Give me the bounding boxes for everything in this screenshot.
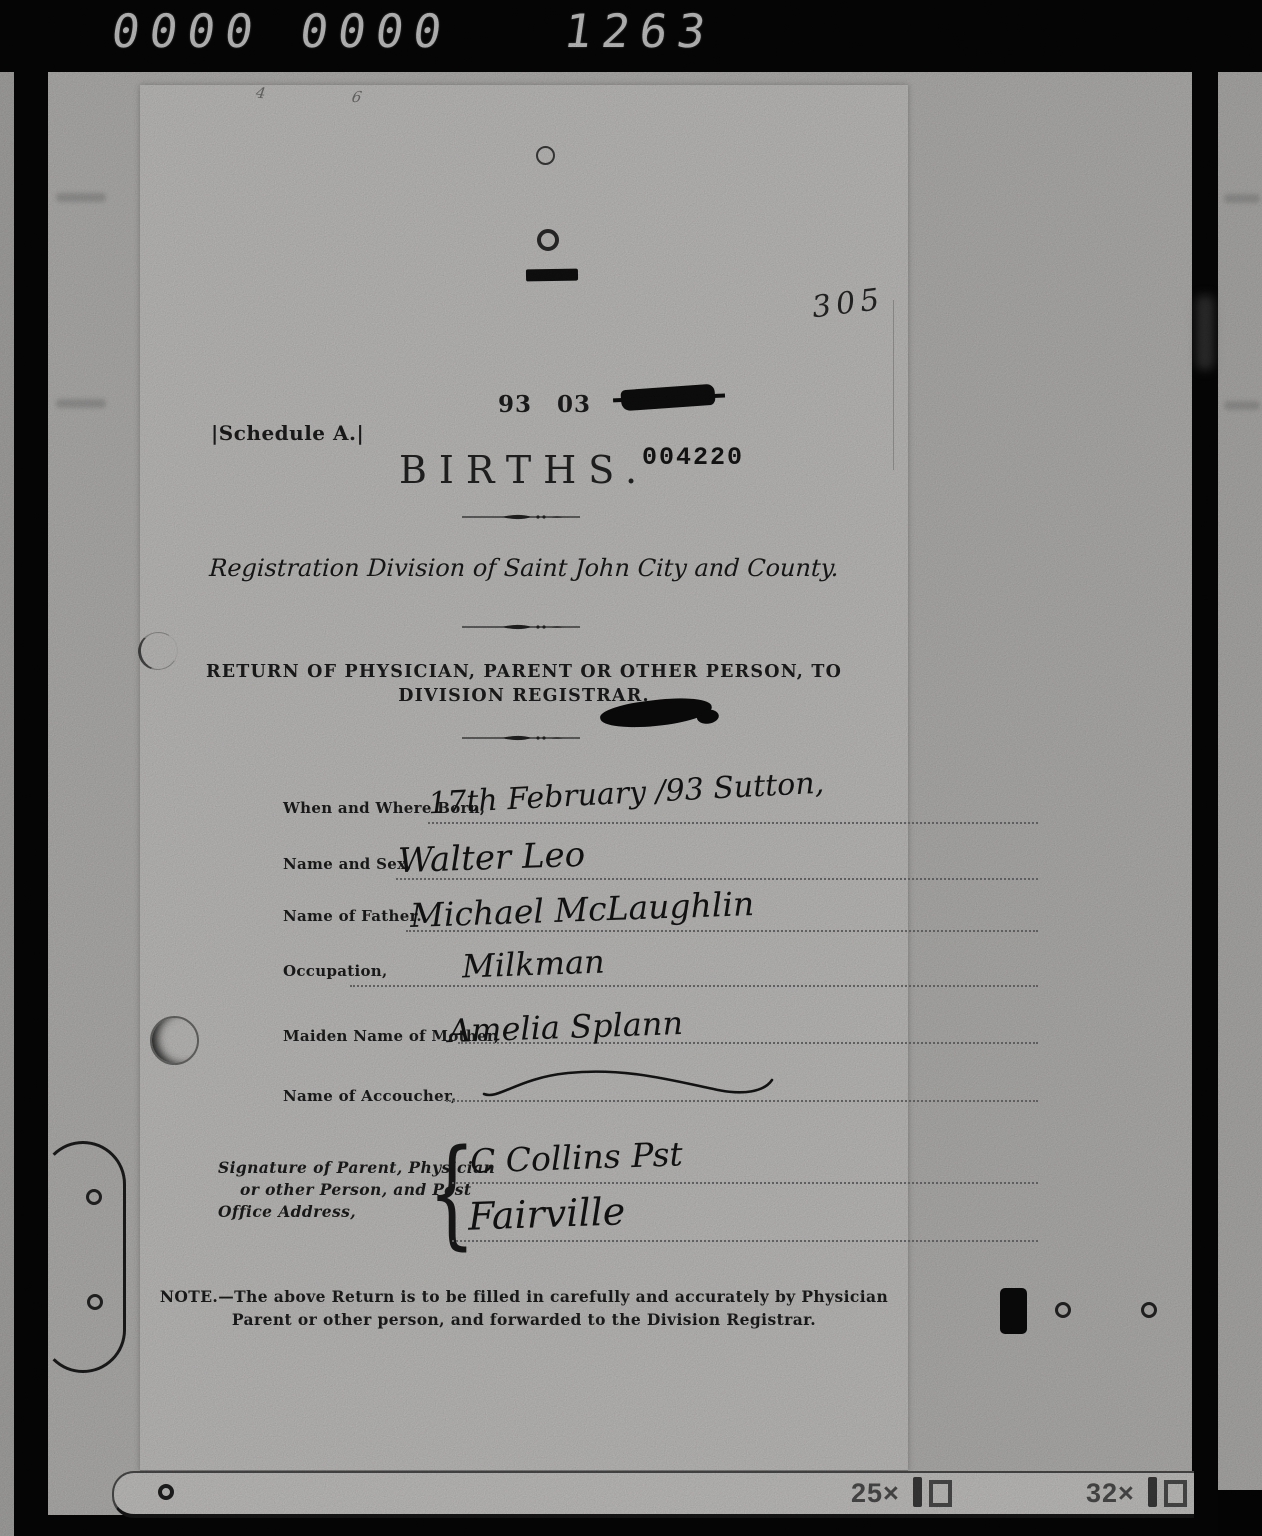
document-title: BIRTHS. bbox=[140, 448, 908, 492]
signature-label-line3: Office Address, bbox=[218, 1202, 356, 1221]
film-clamp-outline bbox=[40, 1141, 126, 1373]
punch-hole-icon bbox=[537, 229, 559, 251]
binder-bar-mark bbox=[526, 269, 578, 282]
field-label-occupation: Occupation, bbox=[283, 962, 388, 980]
film-frame-counter: 0000 0000 1263 bbox=[108, 4, 719, 58]
paper-crease bbox=[893, 300, 894, 470]
ornamental-divider bbox=[462, 733, 580, 743]
clamp-screw-icon bbox=[86, 1189, 102, 1205]
punch-hole-icon bbox=[1055, 1302, 1071, 1318]
reduction-scale-square-icon bbox=[1164, 1480, 1187, 1507]
code-stamp: 93 03 bbox=[498, 391, 591, 418]
clamp-screw-icon bbox=[87, 1294, 103, 1310]
film-smudge bbox=[1224, 194, 1260, 203]
signature-name: C Collins Pst bbox=[469, 1134, 683, 1180]
reduction-marker-32x: 32× bbox=[1086, 1478, 1135, 1509]
reduction-scale-bar-icon bbox=[913, 1477, 922, 1507]
return-heading-line2: DIVISION REGISTRAR. bbox=[140, 686, 908, 706]
film-clamp-bar bbox=[112, 1471, 1194, 1518]
film-smudge bbox=[56, 193, 106, 202]
film-index-tab bbox=[1000, 1288, 1027, 1334]
adjacent-frame-right bbox=[1218, 72, 1262, 1490]
punch-hole-icon bbox=[1141, 1302, 1157, 1318]
signature-line bbox=[452, 1240, 1038, 1242]
microfilm-frame: 0000 0000 1263 4 6 305 93 03 |Schedule A… bbox=[0, 0, 1262, 1536]
registration-division-line: Registration Division of Saint John City… bbox=[139, 554, 908, 582]
reduction-scale-square-icon bbox=[929, 1480, 952, 1507]
clamp-screw-icon bbox=[158, 1484, 174, 1500]
film-black-corner bbox=[1218, 1490, 1262, 1536]
ornamental-divider bbox=[462, 622, 580, 632]
field-value-occupation: Milkman bbox=[461, 943, 605, 986]
note-line2: Parent or other person, and forwarded to… bbox=[140, 1310, 908, 1329]
punch-hole-icon bbox=[150, 1016, 199, 1065]
field-line bbox=[428, 822, 1038, 824]
ornamental-divider bbox=[462, 512, 580, 522]
film-smudge bbox=[1224, 401, 1260, 410]
note-line1: NOTE.—The above Return is to be filled i… bbox=[140, 1287, 908, 1306]
punch-hole-icon bbox=[536, 146, 555, 165]
accoucheur-flourish bbox=[478, 1068, 778, 1106]
adjacent-frame-left bbox=[0, 72, 14, 1536]
field-label-accoucheur: Name of Accoucher, bbox=[283, 1087, 457, 1105]
field-label-name-sex: Name and Sex, bbox=[283, 855, 412, 873]
reduction-scale-bar-icon bbox=[1148, 1477, 1157, 1507]
field-label-father: Name of Father. bbox=[283, 907, 422, 925]
faint-pencil-mark: 4 bbox=[255, 83, 267, 102]
schedule-label: |Schedule A.| bbox=[211, 421, 364, 445]
film-smudge bbox=[56, 399, 106, 408]
signature-line bbox=[452, 1182, 1038, 1184]
film-smudge bbox=[1196, 295, 1214, 370]
return-heading-line1: RETURN OF PHYSICIAN, PARENT OR OTHER PER… bbox=[140, 662, 908, 682]
signature-address: Fairville bbox=[467, 1189, 626, 1238]
reduction-marker-25x: 25× bbox=[851, 1478, 900, 1509]
field-line bbox=[396, 878, 1038, 880]
field-value-name-sex: Walter Leo bbox=[397, 835, 585, 882]
field-line bbox=[350, 985, 1038, 987]
